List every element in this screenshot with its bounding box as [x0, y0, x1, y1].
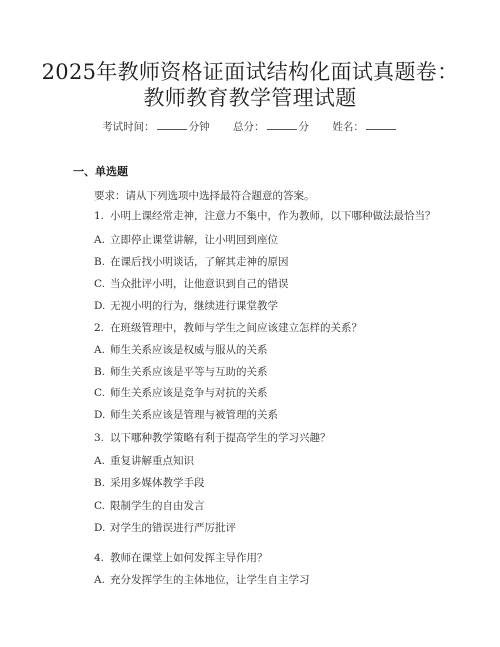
total-score-blank: [267, 119, 297, 130]
document-page: 2025年教师资格证面试结构化面试真题卷： 教师教育教学管理试题 考试时间：分钟…: [0, 0, 500, 647]
option-label: C.: [94, 385, 110, 401]
option-text: 采用多媒体教学手段: [110, 477, 205, 489]
student-name: 姓名：: [332, 119, 398, 134]
question-text: 教师在课堂上如何发挥主导作用？: [110, 552, 268, 564]
option-text: 充分发挥学生的主体地位，让学生自主学习: [110, 574, 310, 586]
option-label: A.: [94, 572, 110, 588]
question-3-option-b: B.采用多媒体教学手段: [94, 475, 205, 491]
question-2: 2.在班级管理中，教师与学生之间应该建立怎样的关系？: [94, 320, 362, 336]
option-label: D.: [94, 520, 110, 536]
question-2-option-a: A.师生关系应该是权威与服从的关系: [94, 342, 268, 358]
option-label: A.: [94, 232, 110, 248]
option-text: 重复讲解重点知识: [110, 455, 194, 467]
question-1-option-a: A.立即停止课堂讲解，让小明回到座位: [94, 232, 278, 248]
option-label: C.: [94, 276, 110, 292]
option-text: 师生关系应该是权威与服从的关系: [110, 344, 268, 356]
question-1-option-d: D.无视小明的行为，继续进行课堂教学: [94, 298, 278, 314]
option-label: B.: [94, 254, 110, 270]
section-requirement: 要求：请从下列选项中选择最符合题意的答案。: [94, 188, 315, 204]
option-text: 师生关系应该是管理与被管理的关系: [110, 409, 278, 421]
question-text: 以下哪种教学策略有利于提高学生的学习兴趣？: [110, 432, 331, 444]
question-number: 3.: [94, 430, 110, 446]
question-3: 3.以下哪种教学策略有利于提高学生的学习兴趣？: [94, 430, 331, 446]
question-2-option-d: D.师生关系应该是管理与被管理的关系: [94, 407, 278, 423]
question-number: 1.: [94, 208, 110, 224]
question-3-option-d: D.对学生的错误进行严厉批评: [94, 520, 236, 536]
option-label: B.: [94, 364, 110, 380]
document-title-line2: 教师教育教学管理试题: [0, 85, 500, 111]
question-4: 4.教师在课堂上如何发挥主导作用？: [94, 550, 268, 566]
question-1-option-c: C.当众批评小明，让他意识到自己的错误: [94, 276, 289, 292]
question-3-option-c: C.限制学生的自由发言: [94, 498, 205, 514]
total-score-unit: 分: [299, 121, 310, 133]
student-name-blank: [366, 119, 396, 130]
question-text: 在班级管理中，教师与学生之间应该建立怎样的关系？: [110, 322, 362, 334]
exam-time: 考试时间：分钟: [102, 119, 210, 134]
total-score-label: 总分：: [233, 121, 265, 133]
option-text: 对学生的错误进行严厉批评: [110, 522, 236, 534]
question-3-option-a: A.重复讲解重点知识: [94, 453, 194, 469]
exam-time-label: 考试时间：: [102, 121, 155, 133]
section-title: 一、单选题: [73, 164, 128, 180]
exam-meta: 考试时间：分钟 总分：分 姓名：: [0, 119, 500, 134]
option-text: 师生关系应该是平等与互助的关系: [110, 366, 268, 378]
option-text: 立即停止课堂讲解，让小明回到座位: [110, 234, 278, 246]
question-2-option-c: C.师生关系应该是竞争与对抗的关系: [94, 385, 268, 401]
option-label: A.: [94, 453, 110, 469]
question-text: 小明上课经常走神，注意力不集中，作为教师，以下哪种做法最恰当？: [110, 210, 436, 222]
option-text: 限制学生的自由发言: [110, 500, 205, 512]
question-1: 1.小明上课经常走神，注意力不集中，作为教师，以下哪种做法最恰当？: [94, 208, 436, 224]
option-label: C.: [94, 498, 110, 514]
question-2-option-b: B.师生关系应该是平等与互助的关系: [94, 364, 268, 380]
option-label: B.: [94, 475, 110, 491]
exam-time-unit: 分钟: [189, 121, 210, 133]
option-text: 师生关系应该是竞争与对抗的关系: [110, 387, 268, 399]
total-score: 总分：分: [233, 119, 309, 134]
option-text: 在课后找小明谈话，了解其走神的原因: [110, 256, 289, 268]
question-number: 2.: [94, 320, 110, 336]
student-name-label: 姓名：: [332, 121, 364, 133]
exam-time-blank: [157, 119, 187, 130]
option-label: A.: [94, 342, 110, 358]
document-title-line1: 2025年教师资格证面试结构化面试真题卷：: [0, 59, 500, 85]
question-1-option-b: B.在课后找小明谈话，了解其走神的原因: [94, 254, 289, 270]
option-text: 当众批评小明，让他意识到自己的错误: [110, 278, 289, 290]
option-label: D.: [94, 407, 110, 423]
option-label: D.: [94, 298, 110, 314]
question-4-option-a: A.充分发挥学生的主体地位，让学生自主学习: [94, 572, 310, 588]
option-text: 无视小明的行为，继续进行课堂教学: [110, 300, 278, 312]
question-number: 4.: [94, 550, 110, 566]
